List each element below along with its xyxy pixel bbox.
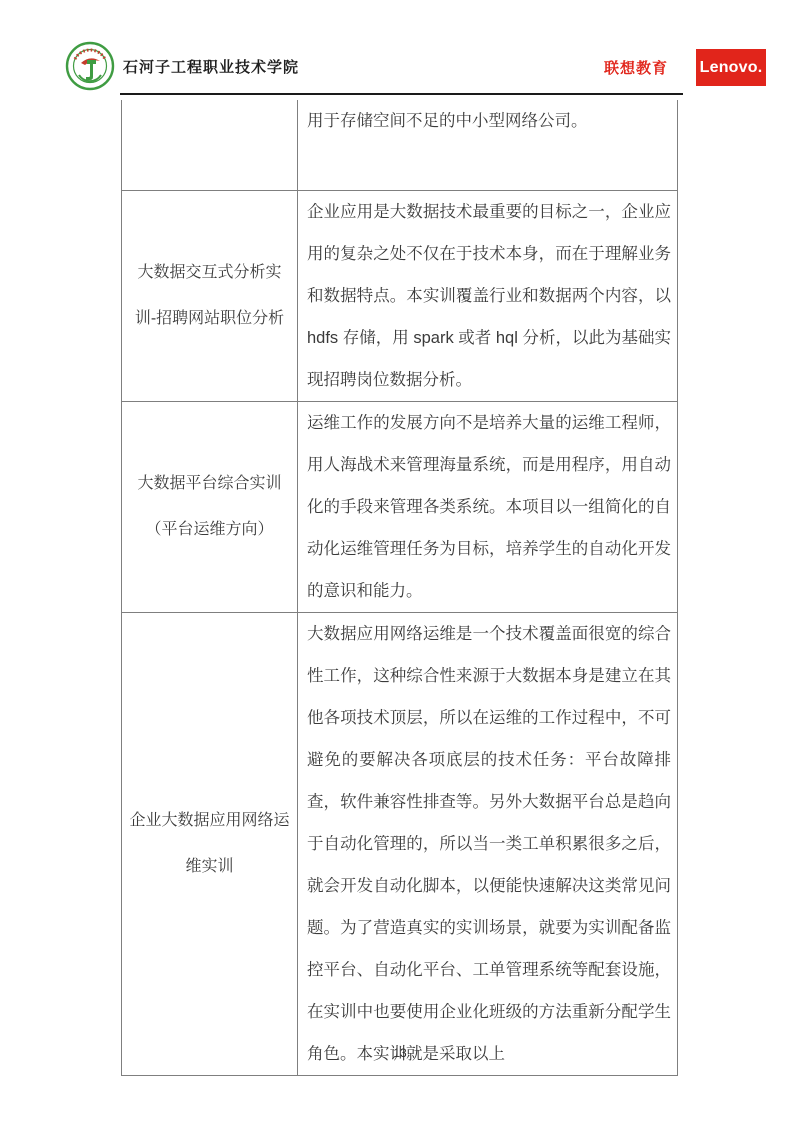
lenovo-logo: Lenovo. <box>696 49 766 86</box>
lenovo-logo-text: Lenovo. <box>700 59 763 77</box>
course-description-cell: 大数据应用网络运维是一个技术覆盖面很宽的综合性工作，这种综合性来源于大数据本身是… <box>298 612 678 1075</box>
course-title-cell: 企业大数据应用网络运维实训 <box>122 612 298 1075</box>
header-divider <box>120 93 683 95</box>
table-row: 大数据交互式分析实训-招聘网站职位分析 企业应用是大数据技术最重要的目标之一，企… <box>122 190 678 401</box>
table-row: 用于存储空间不足的中小型网络公司。 <box>122 100 678 190</box>
course-title-cell <box>122 100 298 190</box>
college-logo-icon <box>65 41 115 91</box>
page-number: 13 <box>0 1046 800 1060</box>
college-name: 石河子工程职业技术学院 <box>123 56 299 77</box>
course-title-cell: 大数据平台综合实训（平台运维方向） <box>122 401 298 612</box>
table-row: 大数据平台综合实训（平台运维方向） 运维工作的发展方向不是培养大量的运维工程师，… <box>122 401 678 612</box>
course-description-cell: 运维工作的发展方向不是培养大量的运维工程师，用人海战术来管理海量系统，而是用程序… <box>298 401 678 612</box>
course-title-cell: 大数据交互式分析实训-招聘网站职位分析 <box>122 190 298 401</box>
course-table: 用于存储空间不足的中小型网络公司。 大数据交互式分析实训-招聘网站职位分析 企业… <box>121 100 678 1076</box>
lenovo-education-label: 联想教育 <box>604 57 668 78</box>
document-page: 石河子工程职业技术学院 联想教育 Lenovo. 用于存储空间不足的中小型网络公… <box>0 0 800 1131</box>
table-row: 企业大数据应用网络运维实训 大数据应用网络运维是一个技术覆盖面很宽的综合性工作，… <box>122 612 678 1075</box>
course-description-cell: 用于存储空间不足的中小型网络公司。 <box>298 100 678 190</box>
course-description-cell: 企业应用是大数据技术最重要的目标之一，企业应用的复杂之处不仅在于技术本身，而在于… <box>298 190 678 401</box>
